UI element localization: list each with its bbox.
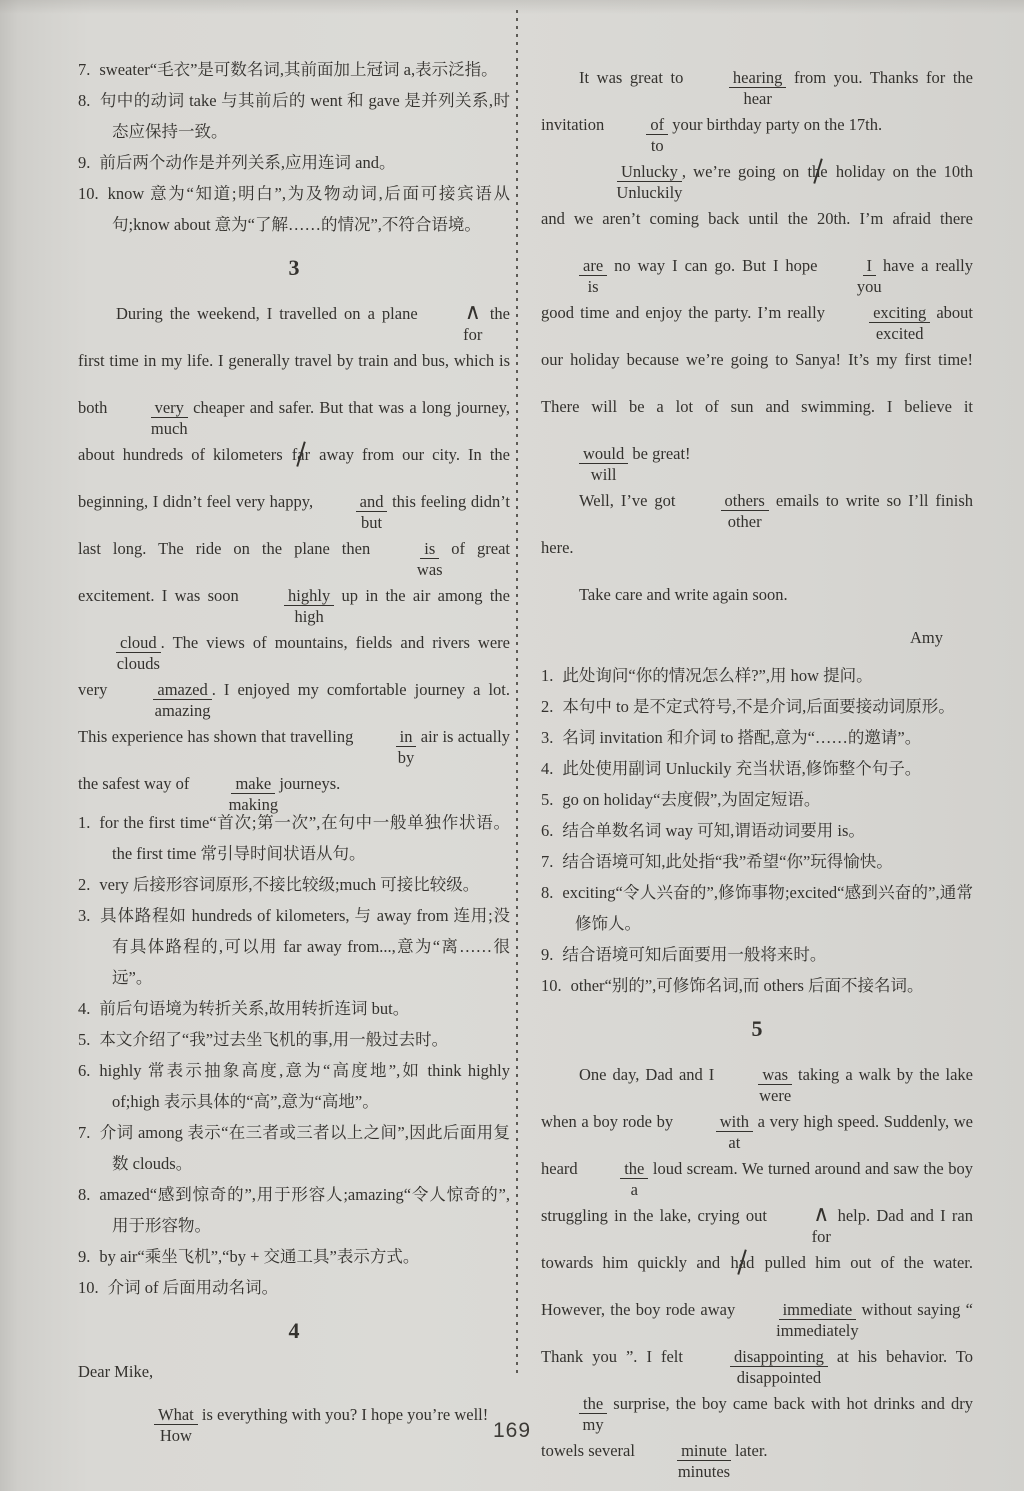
- item-text: sweater“毛衣”是可数名词,其前面加上冠词 a,表示泛指。: [99, 60, 497, 79]
- correction: verymuch: [113, 399, 188, 418]
- wrong-word: exciting: [869, 303, 930, 323]
- correction: cloudclouds: [78, 634, 161, 653]
- explanation-item: 7.介词 among 表示“在三者或三者以上之间”,因此后面用复数 clouds…: [78, 1117, 510, 1179]
- deleted-word: had: [730, 1253, 756, 1272]
- correct-word: for: [774, 1229, 831, 1246]
- item-text: very 后接形容词原形,不接比较级;much 可接比较级。: [99, 875, 479, 894]
- item-text: 本文介绍了“我”过去坐飞机的事,用一般过去时。: [99, 1030, 448, 1049]
- explanation-list-4: 1.此处询问“你的情况怎么样?”,用 how 提问。 2.本句中 to 是不定式…: [541, 660, 973, 1001]
- correct-word: high: [256, 609, 323, 626]
- item-text: go on holiday“去度假”,为固定短语。: [562, 790, 820, 809]
- wrong-word: highly: [284, 586, 334, 606]
- wrong-word: immediate: [779, 1300, 857, 1320]
- explanation-item: 2.本句中 to 是不定式符号,不是介词,后面要接动词原形。: [541, 691, 973, 722]
- correct-word: you: [819, 279, 882, 296]
- correct-word: but: [323, 515, 382, 532]
- correct-word: immediately: [738, 1323, 858, 1340]
- item-text: know 意为“知道;明白”,为及物动词,后面可接宾语从句;know about…: [108, 184, 510, 234]
- item-text: 结合语境可知后面要用一般将来时。: [562, 945, 826, 964]
- item-number: 10.: [78, 1278, 99, 1297]
- insertion-mark: ∧for: [425, 303, 483, 324]
- correction: iswas: [382, 540, 439, 559]
- wrong-word: would: [579, 444, 628, 464]
- section-heading-3: 3: [78, 255, 510, 281]
- workbook-answer-page: 7.sweater“毛衣”是可数名词,其前面加上冠词 a,表示泛指。 8.句中的…: [0, 0, 1024, 1491]
- item-number: 7.: [78, 60, 90, 79]
- explanation-item: 4.此处使用副词 Unluckily 充当状语,修饰整个句子。: [541, 753, 973, 784]
- correction: excitingexcited: [831, 304, 930, 323]
- wrong-word: was: [758, 1065, 792, 1085]
- item-text: 具体路程如 hundreds of kilometers, 与 away fro…: [99, 906, 510, 987]
- correction: areis: [541, 257, 607, 276]
- item-number: 10.: [78, 184, 99, 203]
- item-number: 5.: [78, 1030, 90, 1049]
- wrong-word: the: [579, 1394, 607, 1414]
- deleted-word: far: [291, 445, 311, 464]
- item-number: 8.: [541, 883, 553, 902]
- correction: wouldwill: [541, 445, 628, 464]
- deleted-word: the: [806, 162, 828, 181]
- correction: waswere: [720, 1066, 792, 1085]
- explanation-item: 6.highly 常表示抽象高度,意为“高度地”,如 think highly …: [78, 1055, 510, 1117]
- explanation-item: 10.介词 of 后面用动名词。: [78, 1272, 510, 1303]
- item-number: 9.: [541, 945, 553, 964]
- explanation-item: 5.go on holiday“去度假”,为固定短语。: [541, 784, 973, 815]
- item-number: 5.: [541, 790, 553, 809]
- item-number: 4.: [541, 759, 553, 778]
- correct-word: was: [379, 562, 443, 579]
- carryover-explanation-list: 7.sweater“毛衣”是可数名词,其前面加上冠词 a,表示泛指。 8.句中的…: [78, 54, 510, 240]
- item-text: for the first time“首次;第一次”,在句中一般单独作状语。th…: [99, 813, 510, 863]
- explanation-item: 3.具体路程如 hundreds of kilometers, 与 away f…: [78, 900, 510, 993]
- explanation-item: 9.结合语境可知后面要用一般将来时。: [541, 939, 973, 970]
- correction: ofto: [608, 116, 668, 135]
- correction: amazedamazing: [115, 681, 211, 700]
- right-column: It was great to hearinghear from you. Th…: [541, 54, 973, 1474]
- section-heading-5: 5: [541, 1016, 973, 1042]
- item-text: 介词 of 后面用动名词。: [108, 1278, 279, 1297]
- correct-word: is: [550, 279, 599, 296]
- wrong-word: the: [620, 1159, 648, 1179]
- correct-word: for: [425, 327, 482, 344]
- correct-word: making: [191, 797, 279, 814]
- wrong-word: very: [151, 398, 188, 418]
- correction: hearinghear: [691, 69, 786, 88]
- explanation-item: 9.前后两个动作是并列关系,应用连词 and。: [78, 147, 510, 178]
- letter-paragraph-1: It was great to hearinghear from you. Th…: [541, 54, 973, 148]
- correct-word: will: [553, 467, 617, 484]
- item-number: 8.: [78, 1185, 90, 1204]
- correct-word: much: [113, 421, 188, 438]
- correction: highlyhigh: [246, 587, 334, 606]
- correct-word: to: [613, 138, 664, 155]
- letter-paragraph-4: Take care and write again soon.: [541, 571, 973, 618]
- item-number: 7.: [541, 852, 553, 871]
- letter-signature: Amy: [541, 618, 943, 658]
- page-number: 169: [0, 1419, 1024, 1443]
- wrong-word: amazed: [153, 680, 211, 700]
- explanation-item: 8.exciting“令人兴奋的”,修饰事物;excited“感到兴奋的”,通常…: [541, 877, 973, 939]
- caret-icon: ∧: [811, 1201, 831, 1226]
- letter-paragraph-2: UnluckyUnluckily, we’re going on the hol…: [541, 148, 973, 477]
- correct-word: other: [690, 514, 762, 531]
- correct-word: by: [360, 750, 415, 767]
- item-text: 介词 among 表示“在三者或三者以上之间”,因此后面用复数 clouds。: [99, 1123, 510, 1173]
- item-text: 结合语境可知,此处指“我”希望“你”玩得愉快。: [562, 852, 892, 871]
- item-text: 此处使用副词 Unluckily 充当状语,修饰整个句子。: [562, 759, 921, 778]
- explanation-list-3: 1.for the first time“首次;第一次”,在句中一般单独作状语。…: [78, 807, 510, 1303]
- explanation-item: 4.前后句语境为转折关系,故用转折连词 but。: [78, 993, 510, 1024]
- item-text: other“别的”,可修饰名词,而 others 后面不接名词。: [571, 976, 924, 995]
- correction: minuteminutes: [639, 1442, 731, 1461]
- explanation-item: 7.sweater“毛衣”是可数名词,其前面加上冠词 a,表示泛指。: [78, 54, 510, 85]
- wrong-word: others: [721, 491, 769, 511]
- explanation-item: 5.本文介绍了“我”过去坐飞机的事,用一般过去时。: [78, 1024, 510, 1055]
- item-text: by air“乘坐飞机”,“by + 交通工具”表示方式。: [99, 1247, 419, 1266]
- item-number: 3.: [78, 906, 90, 925]
- wrong-word: disappointing: [730, 1347, 828, 1367]
- item-text: 前后句语境为转折关系,故用转折连词 but。: [99, 999, 409, 1018]
- item-text: 结合单数名词 way 可知,谓语动词要用 is。: [562, 821, 865, 840]
- wrong-word: cloud: [116, 633, 161, 653]
- correction: UnluckyUnluckily: [579, 163, 682, 182]
- item-number: 3.: [541, 728, 553, 747]
- wrong-word: is: [420, 539, 439, 559]
- passage-3: During the weekend, I travelled on a pla…: [78, 290, 510, 807]
- item-number: 2.: [78, 875, 90, 894]
- wrong-word: Unlucky: [617, 162, 682, 182]
- item-text: 此处询问“你的情况怎么样?”,用 how 提问。: [562, 666, 872, 685]
- column-divider-dotted-line: [516, 10, 518, 1378]
- item-number: 9.: [78, 1247, 90, 1266]
- explanation-item: 1.for the first time“首次;第一次”,在句中一般单独作状语。…: [78, 807, 510, 869]
- item-number: 9.: [78, 153, 90, 172]
- explanation-item: 1.此处询问“你的情况怎么样?”,用 how 提问。: [541, 660, 973, 691]
- insertion-mark: ∧for: [773, 1205, 831, 1226]
- section-heading-4: 4: [78, 1318, 510, 1344]
- item-text: exciting“令人兴奋的”,修饰事物;excited“感到兴奋的”,通常修饰…: [562, 883, 973, 933]
- explanation-item: 10.other“别的”,可修饰名词,而 others 后面不接名词。: [541, 970, 973, 1001]
- correct-word: minutes: [640, 1464, 730, 1481]
- correction: othersother: [683, 492, 769, 511]
- passage-5: One day, Dad and I waswere taking a walk…: [541, 1051, 973, 1474]
- item-text: 句中的动词 take 与其前后的 went 和 gave 是并列关系,时态应保持…: [99, 91, 510, 141]
- correct-word: hear: [705, 91, 771, 108]
- correction: withat: [678, 1113, 753, 1132]
- explanation-item: 7.结合语境可知,此处指“我”希望“你”玩得愉快。: [541, 846, 973, 877]
- correction: makemaking: [193, 775, 275, 794]
- explanation-item: 9.by air“乘坐飞机”,“by + 交通工具”表示方式。: [78, 1241, 510, 1272]
- item-number: 10.: [541, 976, 562, 995]
- wrong-word: are: [579, 256, 607, 276]
- correct-word: amazing: [117, 703, 211, 720]
- correct-word: Unluckily: [578, 185, 682, 202]
- left-column: 7.sweater“毛衣”是可数名词,其前面加上冠词 a,表示泛指。 8.句中的…: [78, 54, 510, 1438]
- wrong-word: make: [231, 774, 275, 794]
- item-number: 7.: [78, 1123, 90, 1142]
- wrong-word: I: [863, 256, 877, 276]
- item-text: amazed“感到惊奇的”,用于形容人;amazing“令人惊奇的”,用于形容物…: [99, 1185, 510, 1235]
- explanation-item: 8.amazed“感到惊奇的”,用于形容人;amazing“令人惊奇的”,用于形…: [78, 1179, 510, 1241]
- explanation-item: 3.名词 invitation 和介词 to 搭配,意为“……的邀请”。: [541, 722, 973, 753]
- wrong-word: in: [396, 727, 417, 747]
- item-number: 1.: [78, 813, 90, 832]
- item-number: 4.: [78, 999, 90, 1018]
- item-number: 8.: [78, 91, 90, 110]
- wrong-word: of: [646, 115, 668, 135]
- item-text: 名词 invitation 和介词 to 搭配,意为“……的邀请”。: [562, 728, 921, 747]
- explanation-item: 6.结合单数名词 way 可知,谓语动词要用 is。: [541, 815, 973, 846]
- correction: andbut: [318, 493, 388, 512]
- correction: immediateimmediately: [741, 1301, 857, 1320]
- correct-word: at: [690, 1135, 740, 1152]
- item-text: highly 常表示抽象高度,意为“高度地”,如 think highly of…: [99, 1061, 510, 1111]
- wrong-word: hearing: [729, 68, 786, 88]
- item-text: 前后两个动作是并列关系,应用连词 and。: [99, 153, 395, 172]
- correct-word: clouds: [79, 656, 160, 673]
- wrong-word: with: [716, 1112, 753, 1132]
- wrong-word: and: [356, 492, 388, 512]
- caret-icon: ∧: [463, 299, 483, 324]
- item-number: 6.: [78, 1061, 90, 1080]
- correction: disappointingdisappointed: [692, 1348, 828, 1367]
- correct-word: disappointed: [699, 1370, 821, 1387]
- correct-word: excited: [838, 326, 924, 343]
- explanation-item: 8.句中的动词 take 与其前后的 went 和 gave 是并列关系,时态应…: [78, 85, 510, 147]
- item-text: 本句中 to 是不定式符号,不是介词,后面要接动词原形。: [562, 697, 954, 716]
- item-number: 1.: [541, 666, 553, 685]
- correct-word: a: [593, 1182, 638, 1199]
- correction: thea: [582, 1160, 648, 1179]
- letter-salutation: Dear Mike,: [78, 1353, 510, 1391]
- explanation-item: 2.very 后接形容词原形,不接比较级;much 可接比较级。: [78, 869, 510, 900]
- item-number: 2.: [541, 697, 553, 716]
- correct-word: were: [721, 1088, 791, 1105]
- explanation-item: 10.know 意为“知道;明白”,为及物动词,后面可接宾语从句;know ab…: [78, 178, 510, 240]
- correction: Iyou: [825, 257, 877, 276]
- letter-paragraph-3: Well, I’ve got othersother emails to wri…: [541, 477, 973, 571]
- correction: inby: [358, 728, 417, 747]
- wrong-word: minute: [677, 1441, 731, 1461]
- correction: themy: [541, 1395, 607, 1414]
- item-number: 6.: [541, 821, 553, 840]
